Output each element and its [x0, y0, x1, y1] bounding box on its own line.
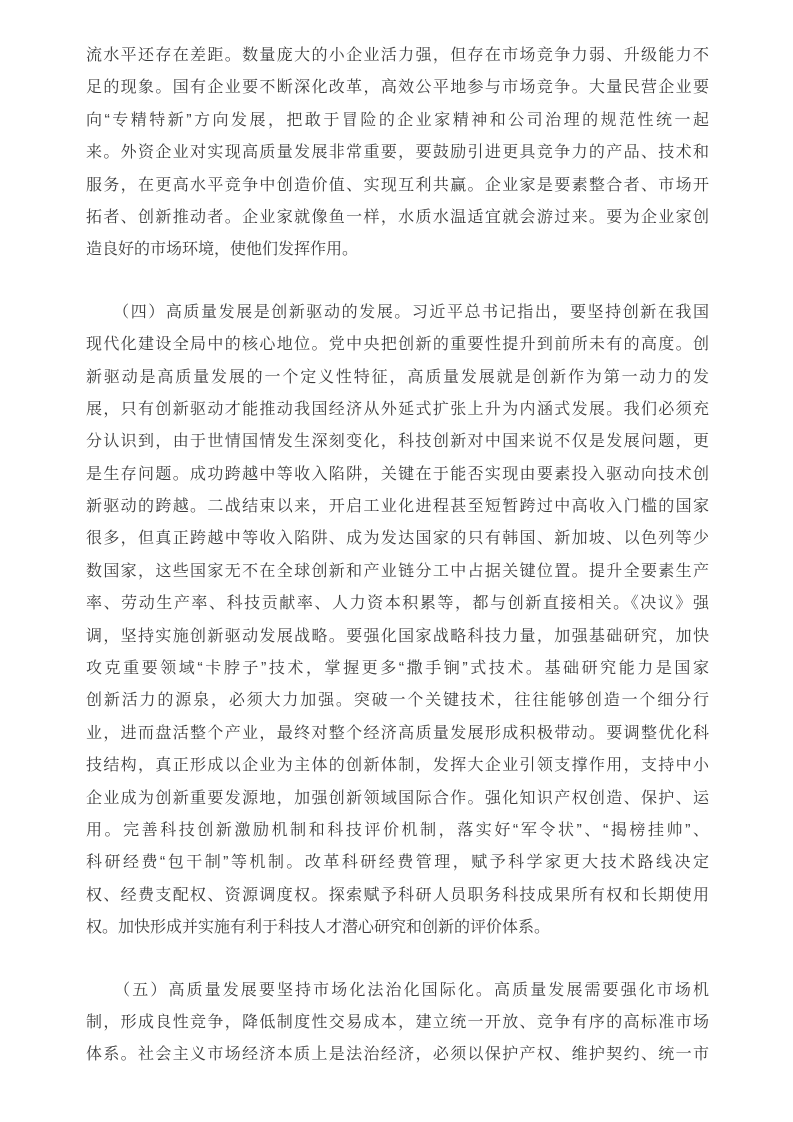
text-line: 新驱动是高质量发展的一个定义性特征，高质量发展就是创新作为第一动力的发: [86, 362, 709, 394]
text-line: 用。完善科技创新激励机制和科技评价机制，落实好“军令状”、“揭榜挂帅”、: [86, 815, 709, 847]
text-line: 现代化建设全局中的核心地位。党中央把创新的重要性提升到前所未有的高度。创: [86, 329, 709, 361]
paragraph: （五）高质量发展要坚持市场化法治化国际化。高质量发展需要强化市场机制，形成良性竞…: [86, 975, 709, 1072]
text-line: 攻克重要领域“卡脖子”技术，掌握更多“撒手锏”式技术。基础研究能力是国家: [86, 653, 709, 685]
text-line: 数国家，这些国家无不在全球创新和产业链分工中占据关键位置。提升全要素生产: [86, 556, 709, 588]
text-line: 业，进而盘活整个产业，最终对整个经济高质量发展形成积极带动。要调整优化科: [86, 718, 709, 750]
text-line: 权、经费支配权、资源调度权。探索赋予科研人员职务科技成果所有权和长期使用: [86, 880, 709, 912]
text-line: 向“专精特新”方向发展，把敢于冒险的企业家精神和公司治理的规范性统一起: [86, 105, 709, 137]
text-line: 服务，在更高水平竞争中创造价值、实现互利共赢。企业家是要素整合者、市场开: [86, 170, 709, 202]
text-line: 流水平还存在差距。数量庞大的小企业活力强，但存在市场竞争力弱、升级能力不: [86, 40, 709, 72]
text-line: 创新活力的源泉，必须大力加强。突破一个关键技术，往往能够创造一个细分行: [86, 685, 709, 717]
text-line: 企业成为创新重要发源地，加强创新领域国际合作。强化知识产权创造、保护、运: [86, 783, 709, 815]
document-text: 流水平还存在差距。数量庞大的小企业活力强，但存在市场竞争力弱、升级能力不足的现象…: [86, 40, 709, 1072]
text-line: 是生存问题。成功跨越中等收入陷阱，关键在于能否实现由要素投入驱动向技术创: [86, 459, 709, 491]
text-line: 拓者、创新推动者。企业家就像鱼一样，水质水温适宜就会游过来。要为企业家创: [86, 202, 709, 234]
text-line: 造良好的市场环境，使他们发挥作用。: [86, 234, 709, 266]
text-line: 分认识到，由于世情国情发生深刻变化，科技创新对中国来说不仅是发展问题，更: [86, 426, 709, 458]
text-line: 新驱动的跨越。二战结束以来，开启工业化进程甚至短暂跨过中高收入门槛的国家: [86, 491, 709, 523]
document-page: 流水平还存在差距。数量庞大的小企业活力强，但存在市场竞争力弱、升级能力不足的现象…: [0, 0, 793, 1122]
text-line: 调，坚持实施创新驱动发展战略。要强化国家战略科技力量，加强基础研究，加快: [86, 621, 709, 653]
text-line: 率、劳动生产率、科技贡献率、人力资本积累等，都与创新直接相关。《决议》强: [86, 588, 709, 620]
text-line: 体系。社会主义市场经济本质上是法治经济，必须以保护产权、维护契约、统一市: [86, 1039, 709, 1071]
text-line: 足的现象。国有企业要不断深化改革，高效公平地参与市场竞争。大量民营企业要: [86, 72, 709, 104]
paragraph: （四）高质量发展是创新驱动的发展。习近平总书记指出，要坚持创新在我国现代化建设全…: [86, 297, 709, 945]
text-line: 权。加快形成并实施有利于科技人才潜心研究和创新的评价体系。: [86, 912, 709, 944]
paragraph: 流水平还存在差距。数量庞大的小企业活力强，但存在市场竞争力弱、升级能力不足的现象…: [86, 40, 709, 267]
text-line: 展，只有创新驱动才能推动我国经济从外延式扩张上升为内涵式发展。我们必须充: [86, 394, 709, 426]
text-line: 科研经费“包干制”等机制。改革科研经费管理，赋予科学家更大技术路线决定: [86, 847, 709, 879]
text-line: 很多，但真正跨越中等收入陷阱、成为发达国家的只有韩国、新加坡、以色列等少: [86, 523, 709, 555]
text-line: 制，形成良性竞争，降低制度性交易成本，建立统一开放、竞争有序的高标准市场: [86, 1007, 709, 1039]
text-line: （五）高质量发展要坚持市场化法治化国际化。高质量发展需要强化市场机: [86, 975, 709, 1007]
text-line: （四）高质量发展是创新驱动的发展。习近平总书记指出，要坚持创新在我国: [86, 297, 709, 329]
text-line: 来。外资企业对实现高质量发展非常重要，要鼓励引进更具竞争力的产品、技术和: [86, 137, 709, 169]
text-line: 技结构，真正形成以企业为主体的创新体制，发挥大企业引领支撑作用，支持中小: [86, 750, 709, 782]
